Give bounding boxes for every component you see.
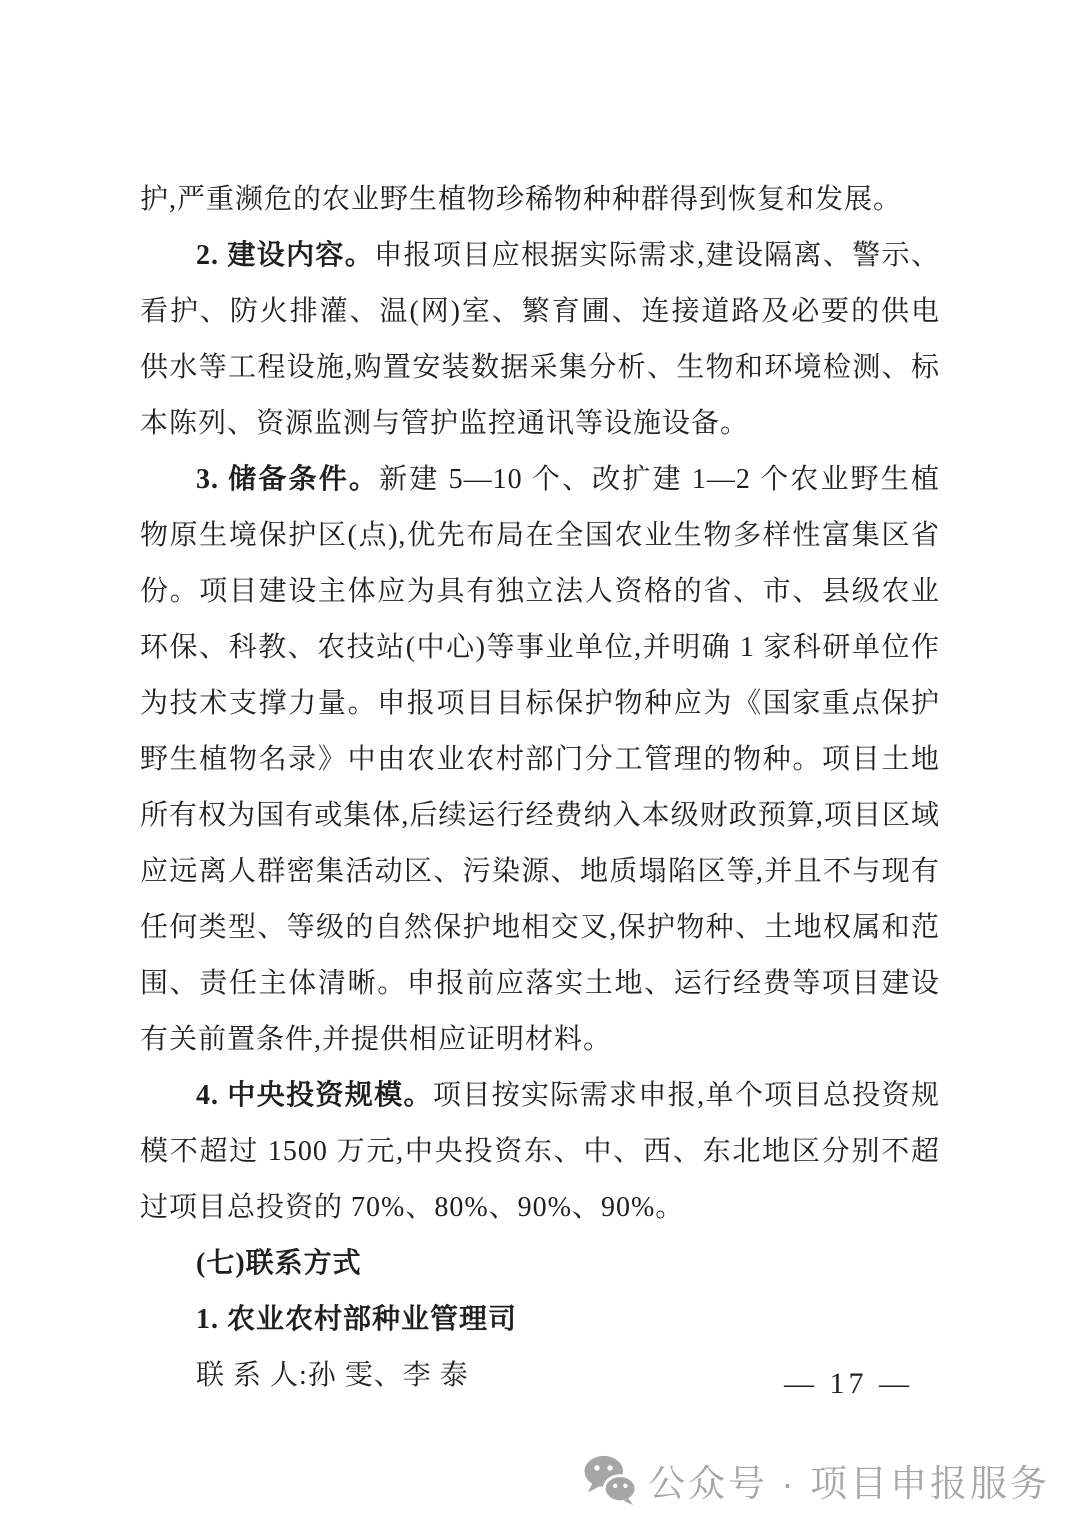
subsection-heading-seed-bureau: 1. 农业农村部种业管理司 [140,1292,940,1348]
paragraph-lead: 2. 建设内容。 [196,240,374,271]
paragraph-lead: 4. 中央投资规模。 [196,1080,433,1111]
wechat-icon [584,1454,636,1506]
paragraph-central-investment: 4. 中央投资规模。项目按实际需求申报,单个项目总投资规模不超过 1500 万元… [140,1068,940,1236]
page-number: — 17 — [784,1366,913,1402]
footer-watermark: 公众号 · 项目申报服务 [584,1448,1050,1512]
paragraph-text: 新建 5—10 个、改扩建 1—2 个农业野生植物原生境保护区(点),优先布局在… [140,464,940,1055]
paragraph-lead: 3. 储备条件。 [196,464,379,495]
paragraph-construction-content: 2. 建设内容。申报项目应根据实际需求,建设隔离、警示、看护、防火排灌、温(网)… [140,228,940,452]
paragraph-reserve-conditions: 3. 储备条件。新建 5—10 个、改扩建 1—2 个农业野生植物原生境保护区(… [140,452,940,1068]
paragraph-continuation: 护,严重濒危的农业野生植物珍稀物种种群得到恢复和发展。 [140,172,940,228]
document-body: 护,严重濒危的农业野生植物珍稀物种种群得到恢复和发展。 2. 建设内容。申报项目… [140,172,940,1404]
document-page: 护,严重濒危的农业野生植物珍稀物种种群得到恢复和发展。 2. 建设内容。申报项目… [0,0,1080,1527]
footer-label: 公众号 · 项目申报服务 [648,1453,1050,1507]
section-heading-contact: (七)联系方式 [140,1236,940,1292]
